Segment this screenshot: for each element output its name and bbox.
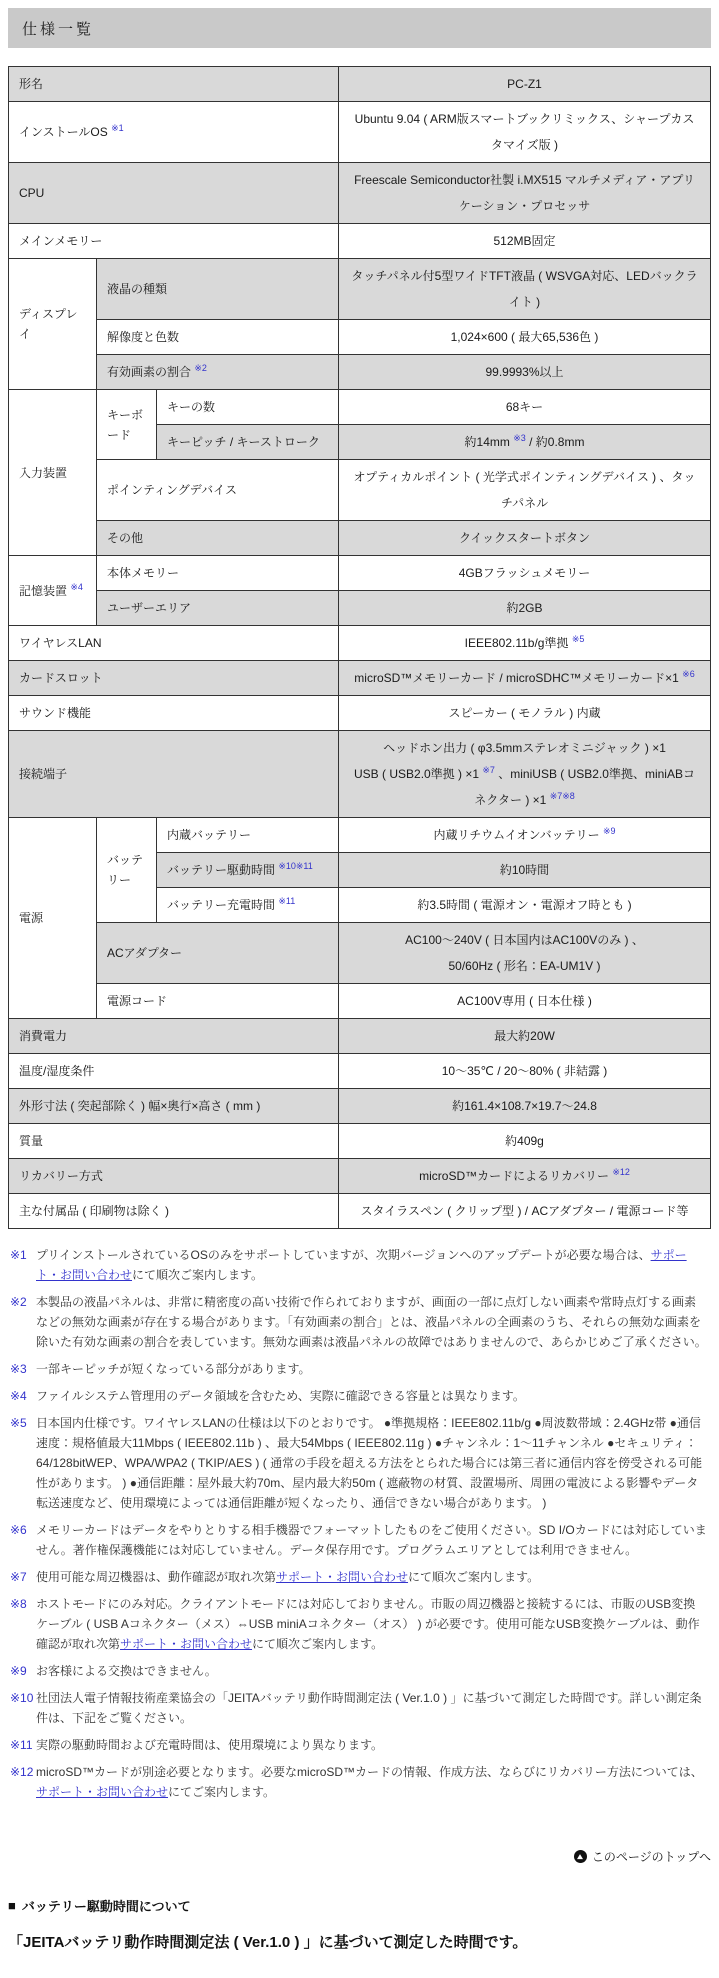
- text: キーボード: [107, 408, 143, 442]
- spec-group-cell: 入力装置: [9, 390, 97, 556]
- text: 約3.5時間 ( 電源オン・電源オフ時とも ): [417, 898, 631, 912]
- text: バッテリー充電時間: [167, 898, 278, 912]
- spec-label-cell: 質量: [9, 1124, 339, 1159]
- spec-label-cell: 液晶の種類: [97, 259, 339, 320]
- spec-label-cell: ユーザーエリア: [97, 591, 339, 626]
- footnote-text: 使用可能な周辺機器は、動作確認が取れ次第サポート・お問い合わせにて順次ご案内しま…: [36, 1567, 711, 1587]
- footnote-text: プリインストールされているOSのみをサポートしていますが、次期バージョンへのアッ…: [36, 1245, 711, 1285]
- text: 99.9993%以上: [485, 365, 563, 379]
- text: IEEE802.11b/g準拠: [465, 636, 572, 650]
- text: 10〜35℃ / 20〜80% ( 非結露 ): [442, 1064, 608, 1078]
- spec-label-cell: その他: [97, 521, 339, 556]
- spec-value-cell: 約409g: [339, 1124, 711, 1159]
- battery-section-heading: ■ バッテリー駆動時間について: [8, 1896, 711, 1915]
- spec-row: ポインティングデバイスオプティカルポイント ( 光学式ポインティングデバイス )…: [9, 460, 711, 521]
- text: CPU: [19, 186, 44, 200]
- spec-value-cell: Ubuntu 9.04 ( ARM版スマートブックリミックス、シャープカスタマイ…: [339, 102, 711, 163]
- footnote-ref[interactable]: ※5: [572, 634, 585, 644]
- footnotes-list: ※1プリインストールされているOSのみをサポートしていますが、次期バージョンへの…: [8, 1245, 711, 1802]
- text: スピーカー ( モノラル ) 内蔵: [448, 706, 600, 720]
- text: 50/60Hz ( 形名：EA-UM1V ): [448, 959, 600, 973]
- text: 、miniUSB ( USB2.0準拠、miniABコネクター ) ×1: [474, 767, 695, 807]
- footnote-ref[interactable]: ※7: [482, 765, 495, 775]
- text: クイックスタートボタン: [459, 531, 590, 545]
- footnote-text: お客様による交換はできません。: [36, 1661, 711, 1681]
- text: 電源コード: [107, 994, 167, 1008]
- footnote: ※6メモリーカードはデータをやりとりする相手機器でフォーマットしたものをご使用く…: [10, 1520, 711, 1560]
- spec-group-cell: 電源: [9, 818, 97, 1019]
- footnote-number: ※9: [10, 1661, 36, 1681]
- footnote-number: ※10: [10, 1688, 36, 1728]
- footnote-number: ※6: [10, 1520, 36, 1560]
- text: microSD™メモリーカード / microSDHC™メモリーカード×1: [354, 671, 682, 685]
- footnote-ref[interactable]: ※7※8: [550, 791, 575, 801]
- spec-value-cell: Freescale Semiconductor社製 i.MX515 マルチメディ…: [339, 163, 711, 224]
- text: 温度/湿度条件: [19, 1064, 94, 1078]
- spec-row: ユーザーエリア約2GB: [9, 591, 711, 626]
- text: にて順次ご案内します。: [252, 1637, 383, 1651]
- spec-label-cell: 消費電力: [9, 1019, 339, 1054]
- text: 約14mm: [465, 435, 514, 449]
- text: カードスロット: [19, 671, 103, 685]
- spec-row: ディスプレイ液晶の種類タッチパネル付5型ワイドTFT液晶 ( WSVGA対応、L…: [9, 259, 711, 320]
- spec-group-cell: バッテリー: [97, 818, 157, 923]
- spec-table: 形名PC-Z1インストールOS ※1Ubuntu 9.04 ( ARM版スマート…: [8, 66, 711, 1229]
- spec-label-cell: 接続端子: [9, 731, 339, 818]
- text: ワイヤレスLAN: [19, 636, 102, 650]
- spec-row: 主な付属品 ( 印刷物は除く )スタイラスペン ( クリップ型 ) / ACアダ…: [9, 1194, 711, 1229]
- text: リカバリー方式: [19, 1169, 103, 1183]
- support-contact-link[interactable]: サポート・お問い合わせ: [36, 1785, 168, 1799]
- footnote: ※4ファイルシステム管理用のデータ領域を含むため、実際に確認できる容量とは異なり…: [10, 1386, 711, 1406]
- spec-row: リカバリー方式microSD™カードによるリカバリー ※12: [9, 1159, 711, 1194]
- spec-row: 入力装置キーボードキーの数68キー: [9, 390, 711, 425]
- spec-label-cell: ワイヤレスLAN: [9, 626, 339, 661]
- spec-label-cell: 形名: [9, 67, 339, 102]
- footnote: ※5日本国内仕様です。ワイヤレスLANの仕様は以下のとおりです。 ●準拠規格：I…: [10, 1413, 711, 1513]
- spec-value-cell: 最大約20W: [339, 1019, 711, 1054]
- spec-row: ワイヤレスLANIEEE802.11b/g準拠 ※5: [9, 626, 711, 661]
- text: ポインティングデバイス: [107, 483, 237, 497]
- footnote-number: ※7: [10, 1567, 36, 1587]
- text: 電源: [19, 911, 43, 925]
- text: バッテリー駆動時間: [167, 863, 278, 877]
- spec-group-cell: キーボード: [97, 390, 157, 460]
- spec-value-cell: 99.9993%以上: [339, 355, 711, 390]
- spec-label-cell: 内蔵バッテリー: [157, 818, 339, 853]
- footnote: ※11実際の駆動時間および充電時間は、使用環境により異なります。: [10, 1735, 711, 1755]
- text: 本製品の液晶パネルは、非常に精密度の高い技術で作られておりますが、画面の一部に点…: [36, 1295, 707, 1349]
- spec-row: その他クイックスタートボタン: [9, 521, 711, 556]
- spec-label-cell: サウンド機能: [9, 696, 339, 731]
- spec-value-cell: 1,024×600 ( 最大65,536色 ): [339, 320, 711, 355]
- text: タッチパネル付5型ワイドTFT液晶 ( WSVGA対応、LEDバックライト ): [351, 269, 697, 309]
- circle-up-icon: [574, 1850, 587, 1863]
- spec-value-cell: スピーカー ( モノラル ) 内蔵: [339, 696, 711, 731]
- spec-label-cell: 解像度と色数: [97, 320, 339, 355]
- footnote: ※10社団法人電子情報技術産業協会の「JEITAバッテリ動作時間測定法 ( Ve…: [10, 1688, 711, 1728]
- footnote-ref[interactable]: ※4: [70, 582, 83, 592]
- text: ユーザーエリア: [107, 601, 191, 615]
- spec-row: 電源バッテリー内蔵バッテリー内蔵リチウムイオンバッテリー ※9: [9, 818, 711, 853]
- spec-value-cell: スタイラスペン ( クリップ型 ) / ACアダプター / 電源コード等: [339, 1194, 711, 1229]
- footnote-text: ホストモードにのみ対応。クライアントモードには対応しておりません。市販の周辺機器…: [36, 1594, 711, 1654]
- footnote-ref[interactable]: ※1: [111, 123, 124, 133]
- spec-label-cell: キーの数: [157, 390, 339, 425]
- footnote-ref[interactable]: ※9: [603, 826, 616, 836]
- text: AC100V専用 ( 日本仕様 ): [457, 994, 592, 1008]
- text: PC-Z1: [507, 77, 542, 91]
- footnote-number: ※12: [10, 1762, 36, 1802]
- text: 最大約20W: [494, 1029, 555, 1043]
- footnote: ※3一部キーピッチが短くなっている部分があります。: [10, 1359, 711, 1379]
- text: その他: [107, 531, 143, 545]
- text: キーの数: [167, 400, 215, 414]
- text: 日本国内仕様です。ワイヤレスLANの仕様は以下のとおりです。 ●準拠規格：IEE…: [36, 1416, 702, 1510]
- spec-value-cell: 512MB固定: [339, 224, 711, 259]
- text: 社団法人電子情報技術産業協会の「JEITAバッテリ動作時間測定法 ( Ver.1…: [36, 1691, 702, 1725]
- footnote-ref[interactable]: ※3: [513, 433, 526, 443]
- text: 主な付属品 ( 印刷物は除く ): [19, 1204, 169, 1218]
- spec-row: カードスロットmicroSD™メモリーカード / microSDHC™メモリーカ…: [9, 661, 711, 696]
- spec-group-cell: ディスプレイ: [9, 259, 97, 390]
- text: 本体メモリー: [107, 566, 179, 580]
- spec-row: 有効画素の割合 ※299.9993%以上: [9, 355, 711, 390]
- footnote-text: メモリーカードはデータをやりとりする相手機器でフォーマットしたものをご使用くださ…: [36, 1520, 711, 1560]
- spec-value-cell: microSD™メモリーカード / microSDHC™メモリーカード×1 ※6: [339, 661, 711, 696]
- text: キーピッチ / キーストローク: [167, 435, 320, 449]
- page-top-link-label: このページのトップへ: [592, 1848, 711, 1865]
- footnote: ※9お客様による交換はできません。: [10, 1661, 711, 1681]
- text: 約10時間: [500, 863, 549, 877]
- text: プリインストールされているOSのみをサポートしていますが、次期バージョンへのアッ…: [36, 1248, 651, 1262]
- spec-row: メインメモリー512MB固定: [9, 224, 711, 259]
- support-contact-link[interactable]: サポート・お問い合わせ: [120, 1637, 252, 1651]
- spec-label-cell: 主な付属品 ( 印刷物は除く ): [9, 1194, 339, 1229]
- spec-row: CPUFreescale Semiconductor社製 i.MX515 マルチ…: [9, 163, 711, 224]
- text: microSD™カードが別途必要となります。必要なmicroSD™カードの情報、…: [36, 1765, 703, 1779]
- text: メモリーカードはデータをやりとりする相手機器でフォーマットしたものをご使用くださ…: [36, 1523, 707, 1557]
- spec-value-cell: 68キー: [339, 390, 711, 425]
- footnote-text: 社団法人電子情報技術産業協会の「JEITAバッテリ動作時間測定法 ( Ver.1…: [36, 1688, 711, 1728]
- footnote: ※12microSD™カードが別途必要となります。必要なmicroSD™カードの…: [10, 1762, 711, 1802]
- battery-section-body: 「JEITAバッテリ動作時間測定法 ( Ver.1.0 ) 」に基づいて測定した…: [8, 1931, 711, 1952]
- text: Freescale Semiconductor社製 i.MX515 マルチメディ…: [354, 173, 695, 213]
- square-bullet-icon: ■: [8, 1898, 16, 1913]
- spec-row: 消費電力最大約20W: [9, 1019, 711, 1054]
- text: 消費電力: [19, 1029, 67, 1043]
- text: USB ( USB2.0準拠 ) ×1: [354, 767, 482, 781]
- spec-label-cell: 温度/湿度条件: [9, 1054, 339, 1089]
- footnote-number: ※2: [10, 1292, 36, 1352]
- text: 有効画素の割合: [107, 365, 194, 379]
- text: ディスプレイ: [19, 307, 78, 341]
- spec-row: 記憶装置 ※4本体メモリー4GBフラッシュメモリー: [9, 556, 711, 591]
- footnote-text: 日本国内仕様です。ワイヤレスLANの仕様は以下のとおりです。 ●準拠規格：IEE…: [36, 1413, 711, 1513]
- text: 形名: [19, 77, 43, 91]
- text: 入力装置: [19, 466, 67, 480]
- toplink-row: このページのトップへ: [8, 1848, 711, 1866]
- spec-label-cell: 外形寸法 ( 突起部除く ) 幅×奥行×高さ ( mm ): [9, 1089, 339, 1124]
- page-top-link[interactable]: このページのトップへ: [574, 1848, 711, 1865]
- footnote-number: ※4: [10, 1386, 36, 1406]
- text: 一部キーピッチが短くなっている部分があります。: [36, 1362, 311, 1376]
- spec-row: 外形寸法 ( 突起部除く ) 幅×奥行×高さ ( mm )約161.4×108.…: [9, 1089, 711, 1124]
- footnote-ref[interactable]: ※12: [612, 1167, 630, 1177]
- spec-value-cell: 約161.4×108.7×19.7〜24.8: [339, 1089, 711, 1124]
- spec-value-cell: ヘッドホン出力 ( φ3.5mmステレオミニジャック ) ×1USB ( USB…: [339, 731, 711, 818]
- spec-row: サウンド機能スピーカー ( モノラル ) 内蔵: [9, 696, 711, 731]
- spec-label-cell: メインメモリー: [9, 224, 339, 259]
- text: お客様による交換はできません。: [36, 1664, 217, 1678]
- spec-value-cell: オプティカルポイント ( 光学式ポインティングデバイス ) 、タッチパネル: [339, 460, 711, 521]
- spec-label-cell: インストールOS ※1: [9, 102, 339, 163]
- text: Ubuntu 9.04 ( ARM版スマートブックリミックス、シャープカスタマイ…: [355, 112, 695, 152]
- spec-value-cell: タッチパネル付5型ワイドTFT液晶 ( WSVGA対応、LEDバックライト ): [339, 259, 711, 320]
- text: 68キー: [506, 400, 543, 414]
- text: 接続端子: [19, 767, 67, 781]
- footnote-number: ※3: [10, 1359, 36, 1379]
- spec-label-cell: キーピッチ / キーストローク: [157, 425, 339, 460]
- text: 512MB固定: [493, 234, 555, 248]
- footnote-number: ※1: [10, 1245, 36, 1285]
- footnote-number: ※8: [10, 1594, 36, 1654]
- spec-label-cell: 電源コード: [97, 984, 339, 1019]
- spec-value-cell: 約2GB: [339, 591, 711, 626]
- footnote-text: microSD™カードが別途必要となります。必要なmicroSD™カードの情報、…: [36, 1762, 711, 1802]
- text: 解像度と色数: [107, 330, 179, 344]
- text: ACアダプター: [107, 946, 182, 960]
- spec-row: 形名PC-Z1: [9, 67, 711, 102]
- spec-label-cell: CPU: [9, 163, 339, 224]
- text: にて順次ご案内します。: [132, 1268, 263, 1282]
- spec-row: 温度/湿度条件10〜35℃ / 20〜80% ( 非結露 ): [9, 1054, 711, 1089]
- spec-value-cell: IEEE802.11b/g準拠 ※5: [339, 626, 711, 661]
- text: 内蔵バッテリー: [167, 828, 251, 842]
- text: 質量: [19, 1134, 43, 1148]
- text: 4GBフラッシュメモリー: [459, 566, 591, 580]
- text: ヘッドホン出力 ( φ3.5mmステレオミニジャック ) ×1: [383, 741, 666, 755]
- footnote-ref[interactable]: ※11: [278, 896, 295, 906]
- text: 使用可能な周辺機器は、動作確認が取れ次第: [36, 1570, 276, 1584]
- spec-row: インストールOS ※1Ubuntu 9.04 ( ARM版スマートブックリミック…: [9, 102, 711, 163]
- spec-value-cell: 約14mm ※3 / 約0.8mm: [339, 425, 711, 460]
- spec-value-cell: 内蔵リチウムイオンバッテリー ※9: [339, 818, 711, 853]
- spec-label-cell: 本体メモリー: [97, 556, 339, 591]
- spec-row: 電源コードAC100V専用 ( 日本仕様 ): [9, 984, 711, 1019]
- text: 約409g: [505, 1134, 544, 1148]
- text: 約2GB: [507, 601, 543, 615]
- text: バッテリー: [107, 853, 143, 887]
- spec-label-cell: カードスロット: [9, 661, 339, 696]
- spec-value-cell: 約3.5時間 ( 電源オン・電源オフ時とも ): [339, 888, 711, 923]
- text: にてご案内します。: [168, 1785, 275, 1799]
- spec-row: 質量約409g: [9, 1124, 711, 1159]
- spec-row: 解像度と色数1,024×600 ( 最大65,536色 ): [9, 320, 711, 355]
- footnote-text: 一部キーピッチが短くなっている部分があります。: [36, 1359, 711, 1379]
- footnote-number: ※5: [10, 1413, 36, 1513]
- footnote-number: ※11: [10, 1735, 36, 1755]
- spec-row: ACアダプターAC100〜240V ( 日本国内はAC100Vのみ ) 、50/…: [9, 923, 711, 984]
- text: microSD™カードによるリカバリー: [419, 1169, 612, 1183]
- text: 実際の駆動時間および充電時間は、使用環境により異なります。: [36, 1738, 383, 1752]
- text: 1,024×600 ( 最大65,536色 ): [451, 330, 599, 344]
- spec-label-cell: ポインティングデバイス: [97, 460, 339, 521]
- text: インストールOS: [19, 125, 111, 139]
- spec-value-cell: PC-Z1: [339, 67, 711, 102]
- footnote-ref[interactable]: ※10※11: [278, 861, 312, 871]
- text: 液晶の種類: [107, 282, 167, 296]
- spec-row: 接続端子ヘッドホン出力 ( φ3.5mmステレオミニジャック ) ×1USB (…: [9, 731, 711, 818]
- text: スタイラスペン ( クリップ型 ) / ACアダプター / 電源コード等: [361, 1204, 689, 1218]
- spec-label-cell: ACアダプター: [97, 923, 339, 984]
- text: オプティカルポイント ( 光学式ポインティングデバイス ) 、タッチパネル: [354, 470, 696, 510]
- spec-value-cell: AC100〜240V ( 日本国内はAC100Vのみ ) 、50/60Hz ( …: [339, 923, 711, 984]
- footnote-text: ファイルシステム管理用のデータ領域を含むため、実際に確認できる容量とは異なります…: [36, 1386, 711, 1406]
- text: にて順次ご案内します。: [408, 1570, 539, 1584]
- spec-value-cell: 4GBフラッシュメモリー: [339, 556, 711, 591]
- spec-label-cell: 有効画素の割合 ※2: [97, 355, 339, 390]
- text: メインメモリー: [19, 234, 102, 248]
- text: 内蔵リチウムイオンバッテリー: [433, 828, 603, 842]
- section-header: 仕様一覧: [8, 8, 711, 48]
- footnote: ※8ホストモードにのみ対応。クライアントモードには対応しておりません。市販の周辺…: [10, 1594, 711, 1654]
- footnote-text: 実際の駆動時間および充電時間は、使用環境により異なります。: [36, 1735, 711, 1755]
- text: / 約0.8mm: [526, 435, 585, 449]
- footnote-ref[interactable]: ※2: [194, 363, 207, 373]
- support-contact-link[interactable]: サポート・お問い合わせ: [276, 1570, 408, 1584]
- footnote: ※1プリインストールされているOSのみをサポートしていますが、次期バージョンへの…: [10, 1245, 711, 1285]
- spec-group-cell: 記憶装置 ※4: [9, 556, 97, 626]
- footnote: ※2本製品の液晶パネルは、非常に精密度の高い技術で作られておりますが、画面の一部…: [10, 1292, 711, 1352]
- spec-label-cell: リカバリー方式: [9, 1159, 339, 1194]
- footnote-text: 本製品の液晶パネルは、非常に精密度の高い技術で作られておりますが、画面の一部に点…: [36, 1292, 711, 1352]
- spec-value-cell: microSD™カードによるリカバリー ※12: [339, 1159, 711, 1194]
- spec-label-cell: バッテリー駆動時間 ※10※11: [157, 853, 339, 888]
- spec-value-cell: クイックスタートボタン: [339, 521, 711, 556]
- page: 仕様一覧 形名PC-Z1インストールOS ※1Ubuntu 9.04 ( ARM…: [0, 0, 719, 1978]
- page-title: 仕様一覧: [22, 18, 94, 39]
- text: 外形寸法 ( 突起部除く ) 幅×奥行×高さ ( mm ): [19, 1099, 260, 1113]
- text: 約161.4×108.7×19.7〜24.8: [452, 1099, 597, 1113]
- text: サウンド機能: [19, 706, 91, 720]
- battery-section-title: バッテリー駆動時間について: [22, 1896, 191, 1915]
- text: 記憶装置: [19, 584, 70, 598]
- spec-value-cell: 10〜35℃ / 20〜80% ( 非結露 ): [339, 1054, 711, 1089]
- footnote: ※7使用可能な周辺機器は、動作確認が取れ次第サポート・お問い合わせにて順次ご案内…: [10, 1567, 711, 1587]
- footnote-ref[interactable]: ※6: [682, 669, 695, 679]
- text: ファイルシステム管理用のデータ領域を含むため、実際に確認できる容量とは異なります…: [36, 1389, 525, 1403]
- spec-value-cell: 約10時間: [339, 853, 711, 888]
- spec-value-cell: AC100V専用 ( 日本仕様 ): [339, 984, 711, 1019]
- spec-label-cell: バッテリー充電時間 ※11: [157, 888, 339, 923]
- text: AC100〜240V ( 日本国内はAC100Vのみ ) 、: [405, 933, 644, 947]
